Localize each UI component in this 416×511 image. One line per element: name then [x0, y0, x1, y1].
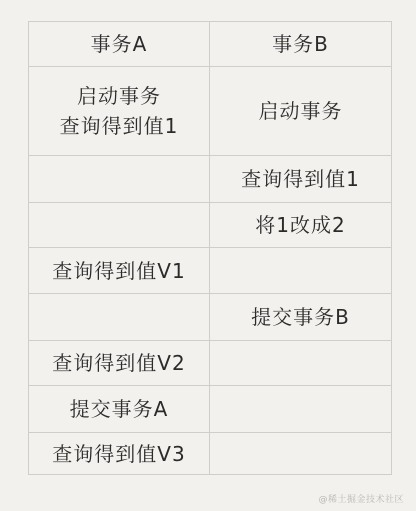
header-label: 事务A: [91, 32, 148, 56]
cell-b: 将1改成2: [210, 203, 392, 248]
cell-b: [210, 248, 392, 294]
table-row: 查询得到值V2: [29, 341, 392, 386]
cell-a: [29, 156, 210, 203]
table-row: 查询得到值1: [29, 156, 392, 203]
cell-b: 提交事务B: [210, 294, 392, 341]
cell-b: [210, 433, 392, 475]
cell-a: [29, 203, 210, 248]
table-row: 将1改成2: [29, 203, 392, 248]
cell-a: 查询得到值V3: [29, 433, 210, 475]
cell-text: 查询得到值1: [29, 111, 209, 141]
table-row: 查询得到值V3: [29, 433, 392, 475]
table-row: 提交事务B: [29, 294, 392, 341]
header-transaction-a: 事务A: [29, 22, 210, 67]
table-row: 启动事务 查询得到值1 启动事务: [29, 67, 392, 156]
cell-text: 将1改成2: [255, 213, 345, 237]
cell-text: 提交事务B: [251, 305, 350, 329]
cell-a: 查询得到值V1: [29, 248, 210, 294]
cell-b: 查询得到值1: [210, 156, 392, 203]
cell-b: 启动事务: [210, 67, 392, 156]
cell-text: 查询得到值V3: [52, 442, 185, 466]
table-row: 查询得到值V1: [29, 248, 392, 294]
header-label: 事务B: [272, 32, 329, 56]
header-transaction-b: 事务B: [210, 22, 392, 67]
cell-a: 查询得到值V2: [29, 341, 210, 386]
cell-text: 查询得到值V2: [52, 351, 185, 375]
cell-text: 查询得到值1: [241, 167, 360, 191]
cell-a: 启动事务 查询得到值1: [29, 67, 210, 156]
cell-b: [210, 341, 392, 386]
table-header-row: 事务A 事务B: [29, 22, 392, 67]
cell-text: 提交事务A: [70, 397, 169, 421]
cell-b: [210, 386, 392, 433]
cell-a: [29, 294, 210, 341]
watermark: @稀土掘金技术社区: [318, 492, 404, 505]
cell-a: 提交事务A: [29, 386, 210, 433]
cell-text: 启动事务: [210, 96, 391, 126]
cell-text: 查询得到值V1: [52, 259, 185, 283]
cell-text: 启动事务: [29, 81, 209, 111]
table-row: 提交事务A: [29, 386, 392, 433]
transaction-timeline-table: 事务A 事务B 启动事务 查询得到值1 启动事务 查询得到值1 将1改成2 查询…: [28, 21, 392, 475]
